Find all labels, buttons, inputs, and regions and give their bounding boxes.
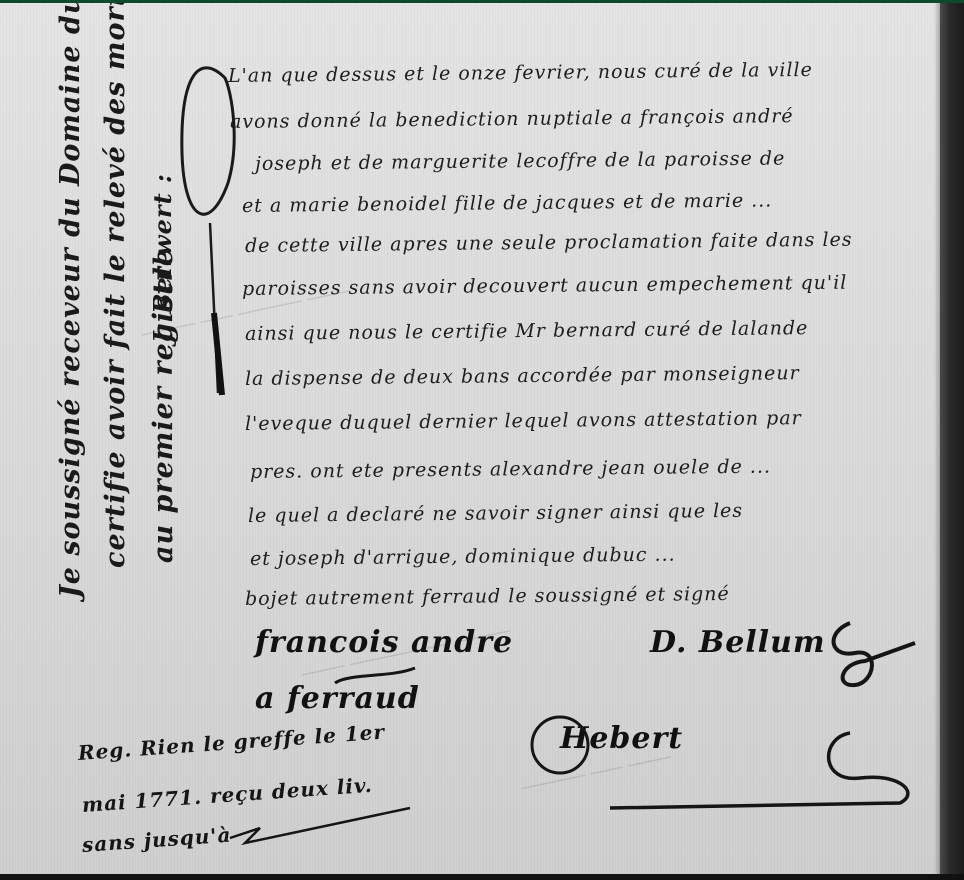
window-bottom-border xyxy=(0,874,964,880)
signature-paraph-icon xyxy=(820,613,920,693)
body-line-3: joseph et de marguerite lecoffre de la p… xyxy=(255,147,785,175)
body-line-11: le quel a declaré ne savoir signer ainsi… xyxy=(248,500,743,527)
body-line-6: paroisses sans avoir decouvert aucun emp… xyxy=(242,272,848,300)
registration-note-line-1: Reg. Rien le greffe le 1er xyxy=(77,720,386,765)
registration-note-line-2: mai 1771. reçu deux liv. xyxy=(81,773,373,817)
signature-witness-1: D. Bellum xyxy=(650,625,826,660)
signature-flourish-icon xyxy=(170,33,260,403)
body-line-13: bojet autrement ferraud le soussigné et … xyxy=(245,583,730,610)
body-line-5: de cette ville apres une seule proclamat… xyxy=(245,229,853,257)
signature-priest: Hebert xyxy=(560,721,683,756)
margin-note-signature: J. Bellwert : xyxy=(148,173,177,343)
body-line-1: L'an que dessus et le onze fevrier, nous… xyxy=(228,59,813,87)
body-line-8: la dispense de deux bans accordée par mo… xyxy=(245,362,800,390)
signature-groom: francois andre xyxy=(255,625,513,660)
body-line-7: ainsi que nous le certifie Mr bernard cu… xyxy=(245,317,809,345)
body-line-12: et joseph d'arrigue, dominique dubuc ... xyxy=(250,544,676,570)
manuscript-page: ───── ─── ────── ──── ──── ────── ─── ──… xyxy=(0,3,940,874)
body-line-9: l'eveque duquel dernier lequel avons att… xyxy=(245,407,802,435)
registration-note-line-3: sans jusqu'à xyxy=(81,823,232,857)
page-binding-edge xyxy=(940,3,964,874)
body-line-2: avons donné la benediction nuptiale a fr… xyxy=(230,105,794,133)
body-line-4: et a marie benoidel fille de jacques et … xyxy=(242,189,773,217)
body-line-10: pres. ont ete presents alexandre jean ou… xyxy=(250,456,771,483)
margin-note-line-1: Je soussigné receveur du Domaine du xyxy=(55,3,86,598)
margin-note-line-2: certifie avoir fait le relevé des morts xyxy=(100,3,131,568)
priest-paraph-icon xyxy=(520,703,940,813)
signature-witness-2: a ferraud xyxy=(255,681,420,716)
registration-flourish-icon xyxy=(220,803,420,863)
